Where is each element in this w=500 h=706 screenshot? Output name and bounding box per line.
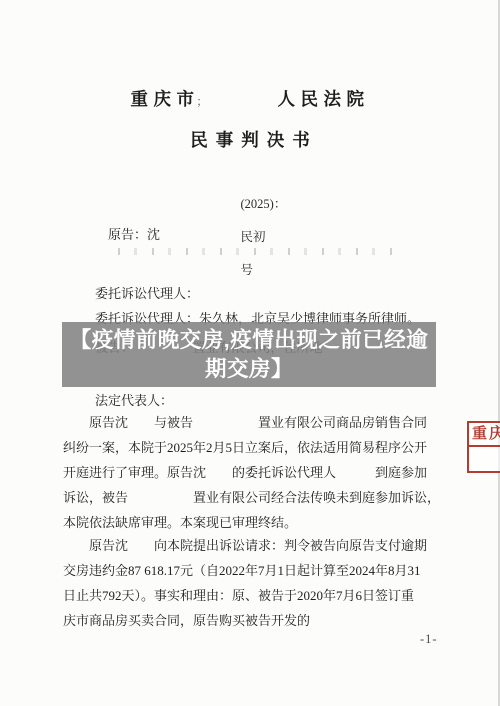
banner-text-line2: 期交房】 xyxy=(205,355,293,384)
plaintiff-line: 原告：沈 xyxy=(95,212,396,272)
body-paragraph2-line: 庆市商品房买卖合同，原告购买被告开发的 xyxy=(63,613,447,628)
body-paragraph2-line: 日止共792天）。事实和理由：原、被告于2020年7月6日签订重 xyxy=(63,588,447,603)
stamp-empty-cell xyxy=(469,447,500,471)
court-name-suffix: 人民法院 xyxy=(278,86,370,111)
body-paragraph2-line: 原告沈 向本院提出诉讼请求：判令被告向原告支付逾期 xyxy=(63,538,447,553)
plaintiff-label: 原告：沈 xyxy=(108,227,160,242)
redacted-plaintiff-info xyxy=(118,248,396,255)
court-red-stamp: 重庆 xyxy=(467,421,500,473)
agent-line-blank: 委托诉讼代理人： xyxy=(95,286,199,301)
page-number: -1- xyxy=(420,632,438,647)
body-paragraph1-line: 诉讼，被告 置业有限公司经合法传唤未到庭参加诉讼， xyxy=(63,490,447,505)
body-paragraph1-line: 本院依法缺席审理。本案现已审理终结。 xyxy=(63,515,447,530)
redaction-mark: ； xyxy=(197,93,208,109)
body-paragraph1-line: 开庭进行了审理。原告沈 的委托诉讼代理人 到庭参加 xyxy=(63,465,447,480)
body-paragraph1-line: 纠纷一案，本院于2025年2月5日立案后，依法适用简易程序公开 xyxy=(63,440,447,455)
legal-representative-line: 法定代表人： xyxy=(95,393,173,408)
judgment-document-page: 重庆市 ； 人民法院 民事判决书 (2025)： 民初 号 原告：沈 委托诉讼代… xyxy=(0,0,500,706)
case-number-year: (2025)： xyxy=(241,197,287,211)
caption-overlay-banner: 【疫情前晚交房,疫情出现之前已经逾 期交房】 xyxy=(62,322,436,387)
court-name-prefix: 重庆市 xyxy=(131,86,200,111)
banner-text-line1: 【疫情前晚交房,疫情出现之前已经逾 xyxy=(70,326,428,355)
body-paragraph2-line: 交房违约金87 618.17元（自2022年7月1日起计算至2024年8月31 xyxy=(63,563,447,578)
document-type-title: 民事判决书 xyxy=(0,127,500,152)
court-title-line: 重庆市 ； 人民法院 xyxy=(0,86,500,111)
body-paragraph1-line: 原告沈 与被告 置业有限公司商品房销售合同 xyxy=(63,415,447,430)
stamp-text: 重庆 xyxy=(469,423,500,447)
